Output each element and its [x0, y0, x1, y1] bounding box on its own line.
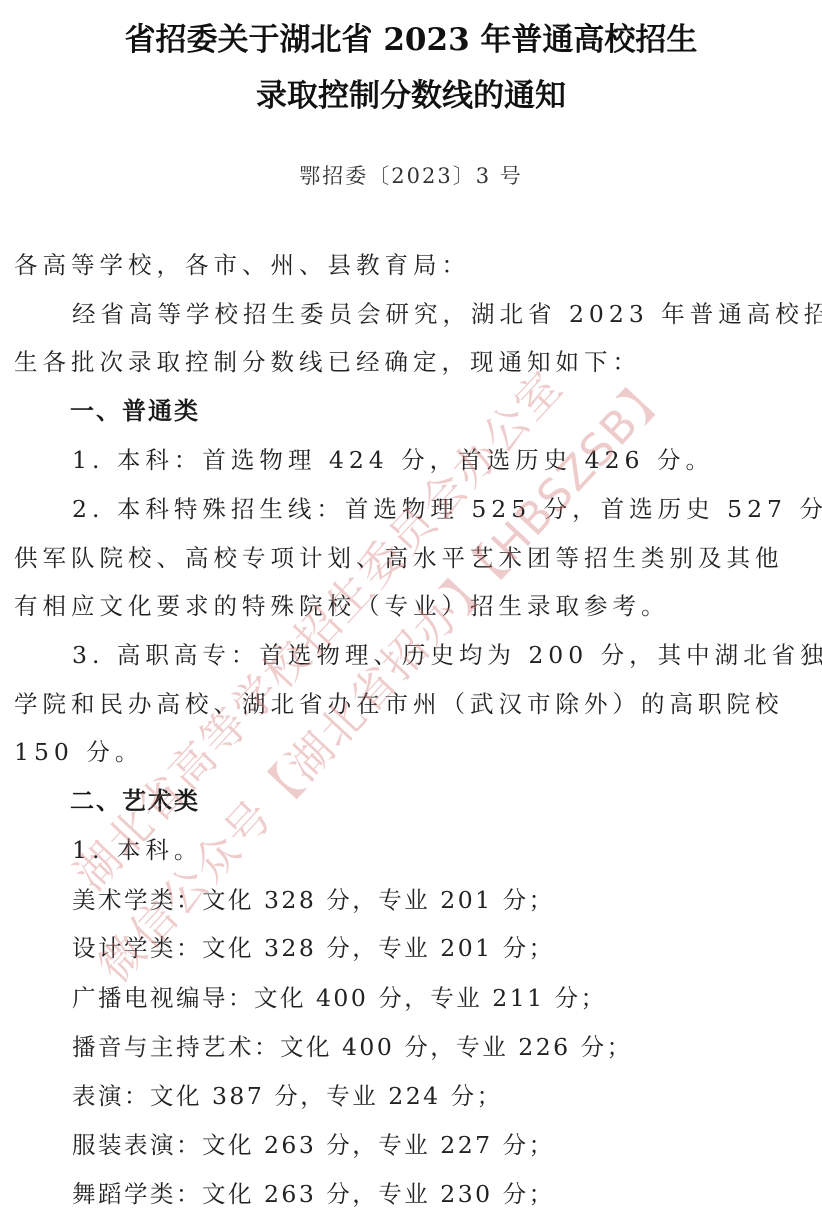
- section-heading-general: 一、普通类: [70, 395, 200, 427]
- document-title-line-2: 录取控制分数线的通知: [0, 70, 822, 115]
- general-item-undergrad: 1. 本科：首选物理 424 分，首选历史 426 分。: [72, 444, 714, 476]
- intro-line-1: 经省高等学校招生委员会研究，湖北省 2023 年普通高校招: [72, 298, 822, 330]
- arts-score-design: 设计学类：文化 328 分，专业 201 分；: [72, 932, 555, 964]
- arts-score-fine-arts: 美术学类：文化 328 分，专业 201 分；: [72, 884, 555, 916]
- arts-score-acting: 表演：文化 387 分，专业 224 分；: [72, 1080, 503, 1112]
- document-title-line-1: 省招委关于湖北省 2023 年普通高校招生: [0, 14, 822, 59]
- arts-subheading-undergrad: 1. 本科。: [72, 834, 202, 866]
- general-item-vocational-line-3: 150 分。: [14, 736, 143, 768]
- general-item-special-line-3: 有相应文化要求的特殊院校（专业）招生录取参考。: [14, 590, 670, 622]
- watermark-office: 湖北省高等学校招生委员会办公室: [57, 354, 574, 902]
- document-number: 鄂招委〔2023〕3 号: [0, 160, 822, 190]
- general-item-vocational-line-1: 3. 高职高专：首选物理、历史均为 200 分，其中湖北省独立: [72, 639, 822, 671]
- general-item-special-line-2: 供军队院校、高校专项计划、高水平艺术团等招生类别及其他: [14, 542, 784, 574]
- general-item-special-line-1: 2. 本科特殊招生线：首选物理 525 分，首选历史 527 分。: [72, 493, 822, 525]
- intro-line-2: 生各批次录取控制分数线已经确定，现通知如下：: [14, 346, 641, 378]
- arts-score-broadcast-directing: 广播电视编导：文化 400 分，专业 211 分；: [72, 982, 607, 1014]
- salutation: 各高等学校，各市、州、县教育局：: [14, 249, 470, 281]
- general-item-vocational-line-2: 学院和民办高校、湖北省办在市州（武汉市除外）的高职院校: [14, 688, 784, 720]
- arts-score-announcing-hosting: 播音与主持艺术：文化 400 分，专业 226 分；: [72, 1031, 633, 1063]
- arts-score-fashion-performance: 服装表演：文化 263 分，专业 227 分；: [72, 1129, 555, 1161]
- notice-document: 省招委关于湖北省 2023 年普通高校招生 录取控制分数线的通知 鄂招委〔202…: [0, 0, 822, 1219]
- arts-score-dance: 舞蹈学类：文化 263 分，专业 230 分；: [72, 1178, 555, 1210]
- section-heading-arts: 二、艺术类: [70, 785, 200, 817]
